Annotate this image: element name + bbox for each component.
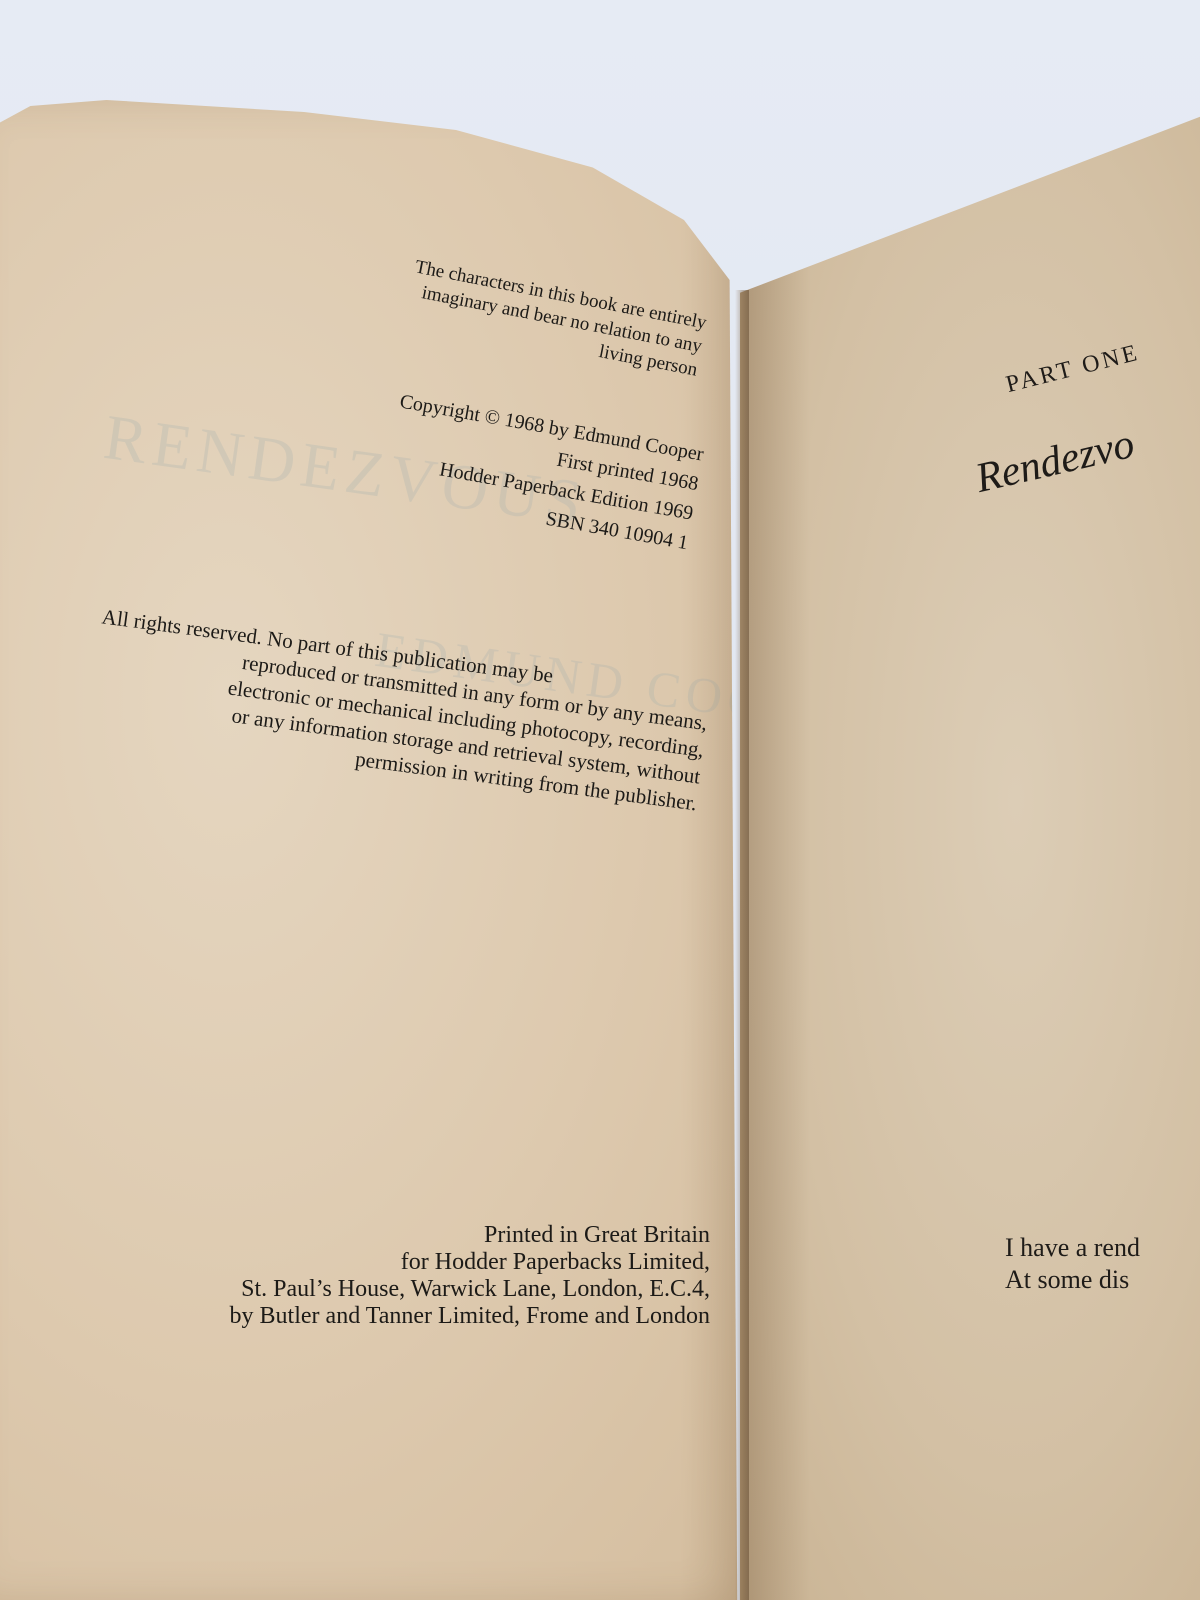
text-line: At some dis: [1005, 1264, 1140, 1296]
book-gutter: [735, 290, 749, 1600]
open-book-photo: RENDEZVOUS EDMUND COOPER The characters …: [0, 0, 1200, 1600]
text-line: Printed in Great Britain: [230, 1222, 710, 1249]
text-line: St. Paul’s House, Warwick Lane, London, …: [230, 1276, 710, 1303]
text-line: by Butler and Tanner Limited, Frome and …: [230, 1303, 710, 1330]
text-line: for Hodder Paperbacks Limited,: [230, 1249, 710, 1276]
opening-paragraph: I have a rend At some dis: [1005, 1232, 1140, 1296]
printer-imprint: Printed in Great Britain for Hodder Pape…: [230, 1222, 710, 1330]
text-line: I have a rend: [1005, 1232, 1140, 1264]
right-page-part-one: [740, 0, 1200, 1600]
